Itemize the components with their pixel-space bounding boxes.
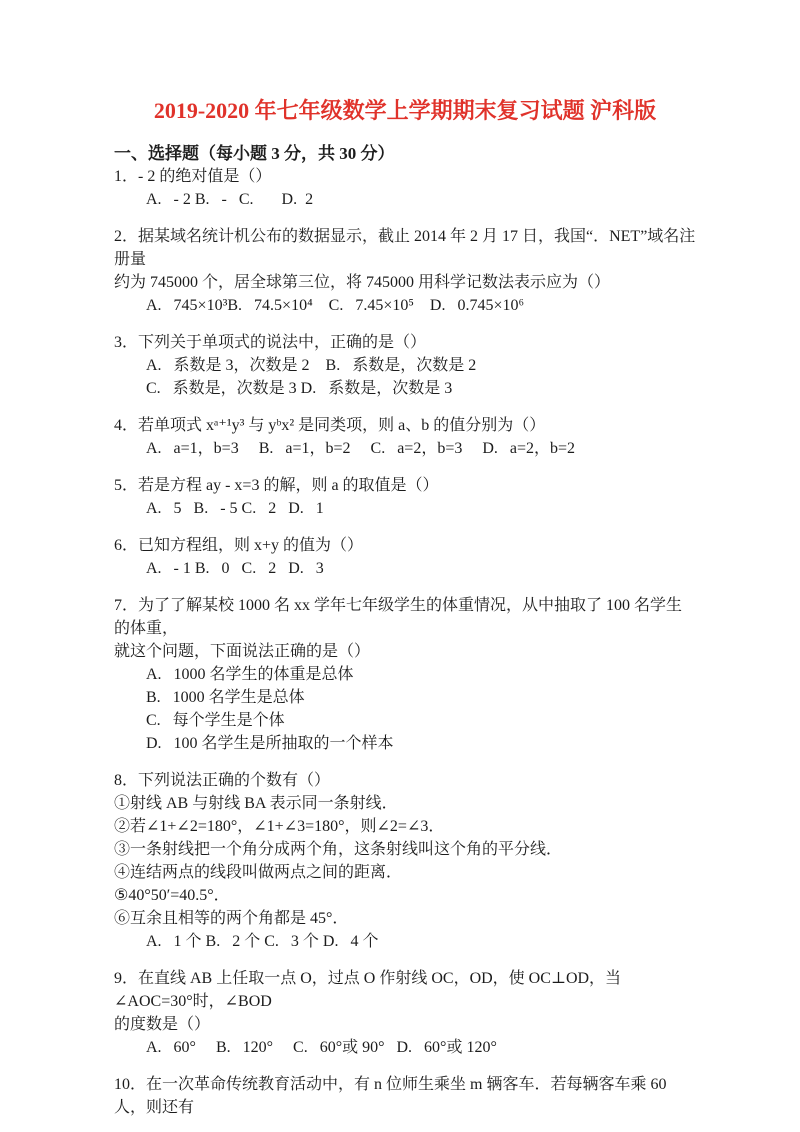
q9-options: A. 60° B. 120° C. 60°或 90° D. 60°或 120° bbox=[114, 1036, 696, 1059]
q3-options-cd: C. 系数是，次数是 3 D. 系数是，次数是 3 bbox=[114, 377, 696, 400]
question-6: 6．已知方程组，则 x+y 的值为（） A. - 1 B. 0 C. 2 D. … bbox=[114, 534, 696, 580]
question-5: 5．若是方程 ay - x=3 的解，则 a 的取值是（） A. 5 B. - … bbox=[114, 474, 696, 520]
q10-stem: 10．在一次革命传统教育活动中，有 n 位师生乘坐 m 辆客车．若每辆客车乘 6… bbox=[114, 1073, 696, 1119]
q8-statement-4: ④连结两点的线段叫做两点之间的距离． bbox=[114, 861, 696, 884]
q8-statement-1: ①射线 AB 与射线 BA 表示同一条射线． bbox=[114, 792, 696, 815]
q2-stem-line-1: 2．据某域名统计机公布的数据显示，截止 2014 年 2 月 17 日，我国“．… bbox=[114, 225, 696, 271]
q5-stem: 5．若是方程 ay - x=3 的解，则 a 的取值是（） bbox=[114, 474, 696, 497]
q6-stem: 6．已知方程组，则 x+y 的值为（） bbox=[114, 534, 696, 557]
q1-stem: 1．- 2 的绝对值是（） bbox=[114, 165, 696, 188]
document-title: 2019-2020 年七年级数学上学期期末复习试题 沪科版 bbox=[114, 96, 696, 126]
exam-document-page: 2019-2020 年七年级数学上学期期末复习试题 沪科版 一、选择题（每小题 … bbox=[0, 0, 800, 1132]
q4-stem: 4．若单项式 xᵃ⁺¹y³ 与 yᵇx² 是同类项，则 a、b 的值分别为（） bbox=[114, 414, 696, 437]
q7-stem-line-2: 就这个问题，下面说法正确的是（） bbox=[114, 640, 696, 663]
q7-option-d: D. 100 名学生是所抽取的一个样本 bbox=[114, 732, 696, 755]
question-10: 10．在一次革命传统教育活动中，有 n 位师生乘坐 m 辆客车．若每辆客车乘 6… bbox=[114, 1073, 696, 1119]
q9-stem-line-1: 9．在直线 AB 上任取一点 O，过点 O 作射线 OC，OD，使 OC⊥OD，… bbox=[114, 967, 696, 1013]
q8-statement-3: ③一条射线把一个角分成两个角，这条射线叫这个角的平分线． bbox=[114, 838, 696, 861]
question-2: 2．据某域名统计机公布的数据显示，截止 2014 年 2 月 17 日，我国“．… bbox=[114, 225, 696, 317]
q5-options: A. 5 B. - 5 C. 2 D. 1 bbox=[114, 497, 696, 520]
question-7: 7．为了了解某校 1000 名 xx 学年七年级学生的体重情况，从中抽取了 10… bbox=[114, 594, 696, 755]
q2-options: A. 745×10³B. 74.5×10⁴ C. 7.45×10⁵ D. 0.7… bbox=[114, 294, 696, 317]
q7-stem-line-1: 7．为了了解某校 1000 名 xx 学年七年级学生的体重情况，从中抽取了 10… bbox=[114, 594, 696, 640]
q7-option-c: C. 每个学生是个体 bbox=[114, 709, 696, 732]
q3-options-ab: A. 系数是 3，次数是 2 B. 系数是，次数是 2 bbox=[114, 354, 696, 377]
q8-stem: 8．下列说法正确的个数有（） bbox=[114, 769, 696, 792]
q8-statement-5: ⑤40°50′=40.5°． bbox=[114, 884, 696, 907]
q1-options: A. - 2 B. - C. D. 2 bbox=[114, 188, 696, 211]
q3-stem: 3．下列关于单项式的说法中，正确的是（） bbox=[114, 331, 696, 354]
q8-statement-2: ②若∠1+∠2=180°，∠1+∠3=180°，则∠2=∠3． bbox=[114, 815, 696, 838]
q7-option-b: B. 1000 名学生是总体 bbox=[114, 686, 696, 709]
q4-options: A. a=1，b=3 B. a=1，b=2 C. a=2，b=3 D. a=2，… bbox=[114, 437, 696, 460]
q8-options: A. 1 个 B. 2 个 C. 3 个 D. 4 个 bbox=[114, 930, 696, 953]
question-9: 9．在直线 AB 上任取一点 O，过点 O 作射线 OC，OD，使 OC⊥OD，… bbox=[114, 967, 696, 1059]
question-8: 8．下列说法正确的个数有（） ①射线 AB 与射线 BA 表示同一条射线． ②若… bbox=[114, 769, 696, 953]
section-heading-choice-questions: 一、选择题（每小题 3 分，共 30 分） bbox=[114, 142, 696, 165]
q7-option-a: A. 1000 名学生的体重是总体 bbox=[114, 663, 696, 686]
question-3: 3．下列关于单项式的说法中，正确的是（） A. 系数是 3，次数是 2 B. 系… bbox=[114, 331, 696, 400]
q6-options: A. - 1 B. 0 C. 2 D. 3 bbox=[114, 557, 696, 580]
question-4: 4．若单项式 xᵃ⁺¹y³ 与 yᵇx² 是同类项，则 a、b 的值分别为（） … bbox=[114, 414, 696, 460]
question-1: 1．- 2 的绝对值是（） A. - 2 B. - C. D. 2 bbox=[114, 165, 696, 211]
q8-statement-6: ⑥互余且相等的两个角都是 45°． bbox=[114, 907, 696, 930]
q9-stem-line-2: 的度数是（） bbox=[114, 1013, 696, 1036]
q2-stem-line-2: 约为 745000 个，居全球第三位，将 745000 用科学记数法表示应为（） bbox=[114, 271, 696, 294]
